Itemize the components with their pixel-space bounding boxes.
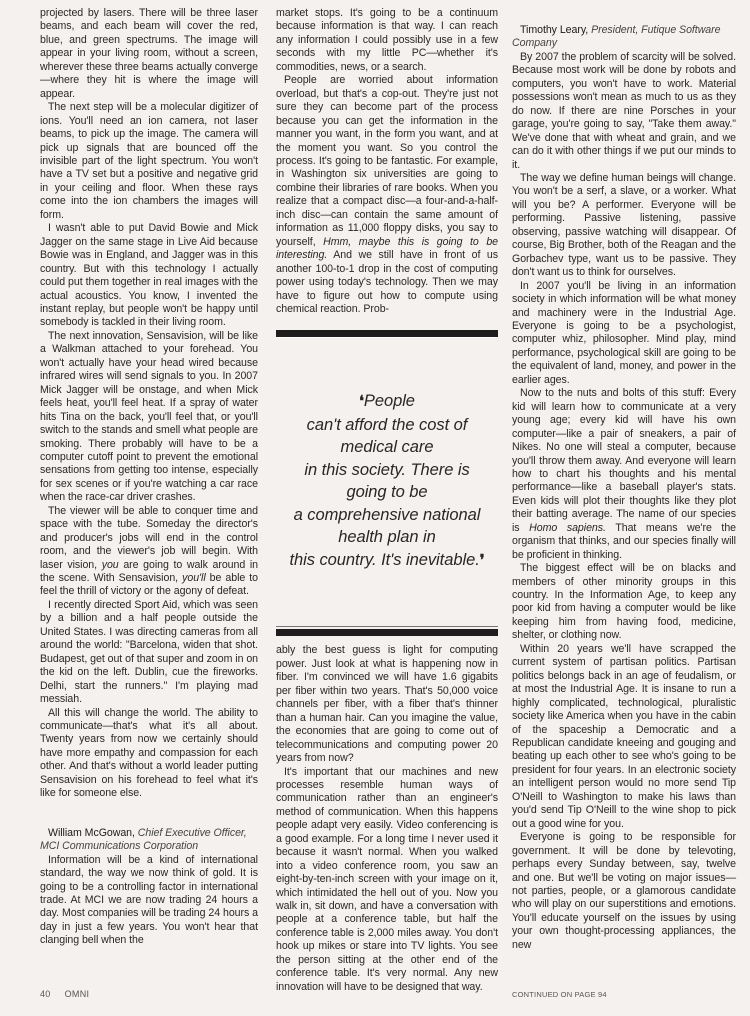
- pullquote-line: in this society. There is: [276, 459, 498, 482]
- text-run: People are worried about information ove…: [276, 74, 498, 247]
- paragraph: All this will change the world. The abil…: [40, 707, 258, 801]
- article-column-3: Timothy Leary, President, Futique Softwa…: [512, 24, 736, 952]
- text-run: Now to the nuts and bolts of this stuff:…: [512, 387, 736, 534]
- emphasis: you'll: [182, 572, 206, 584]
- paragraph: market stops. It's going to be a continu…: [276, 7, 498, 74]
- pullquote-line: going to be: [276, 481, 498, 504]
- emphasis: you: [102, 559, 119, 571]
- pullquote-bottom-thin-rule: [276, 626, 498, 627]
- pullquote-line: medical care: [276, 436, 498, 459]
- paragraph: I wasn't able to put David Bowie and Mic…: [40, 222, 258, 330]
- close-quote-icon: ❜: [480, 552, 485, 569]
- paragraph: The next step will be a molecular digiti…: [40, 101, 258, 222]
- continued-notice: CONTINUED ON PAGE 94: [512, 990, 607, 999]
- byline-mcgowan: William McGowan, Chief Executive Officer…: [40, 827, 258, 854]
- pullquote-line: health plan in: [276, 526, 498, 549]
- paragraph: The viewer will be able to conquer time …: [40, 505, 258, 599]
- paragraph: It's important that our machines and new…: [276, 766, 498, 995]
- byline-name: William McGowan,: [48, 827, 135, 839]
- pullquote-block: ❛People can't afford the cost of medical…: [276, 330, 498, 636]
- paragraph: People are worried about information ove…: [276, 74, 498, 316]
- paragraph: By 2007 the problem of scarcity will be …: [512, 51, 736, 172]
- byline-leary: Timothy Leary, President, Futique Softwa…: [512, 24, 736, 51]
- pullquote-top-rule: [276, 330, 498, 338]
- magazine-name: OMNI: [65, 989, 90, 999]
- paragraph: The biggest effect will be on blacks and…: [512, 562, 736, 643]
- pullquote-line: can't afford the cost of: [276, 414, 498, 437]
- article-column-1: projected by lasers. There will be three…: [40, 7, 258, 948]
- pullquote: ❛People can't afford the cost of medical…: [276, 390, 498, 572]
- pullquote-line: People: [364, 392, 415, 410]
- pullquote-line: this country. It's inevitable.: [289, 551, 479, 569]
- article-column-2: market stops. It's going to be a continu…: [276, 7, 498, 994]
- pullquote-bottom-rule: [276, 629, 498, 636]
- paragraph: The way we define human beings will chan…: [512, 172, 736, 280]
- paragraph: Information will be a kind of internatio…: [40, 854, 258, 948]
- paragraph: In 2007 you'll be living in an informati…: [512, 280, 736, 388]
- paragraph: Now to the nuts and bolts of this stuff:…: [512, 387, 736, 562]
- page-folio: 40OMNI: [40, 989, 103, 999]
- emphasis: Homo sapiens.: [529, 522, 606, 534]
- paragraph: projected by lasers. There will be three…: [40, 7, 258, 101]
- paragraph: The next innovation, Sensavision, will b…: [40, 330, 258, 505]
- paragraph: Everyone is going to be responsible for …: [512, 831, 736, 952]
- pullquote-line: a comprehensive national: [276, 504, 498, 527]
- byline-name: Timothy Leary,: [520, 24, 588, 36]
- paragraph: Within 20 years we'll have scrapped the …: [512, 643, 736, 831]
- page-number: 40: [40, 989, 51, 999]
- paragraph: I recently directed Sport Aid, which was…: [40, 599, 258, 707]
- paragraph: ably the best guess is light for computi…: [276, 644, 498, 765]
